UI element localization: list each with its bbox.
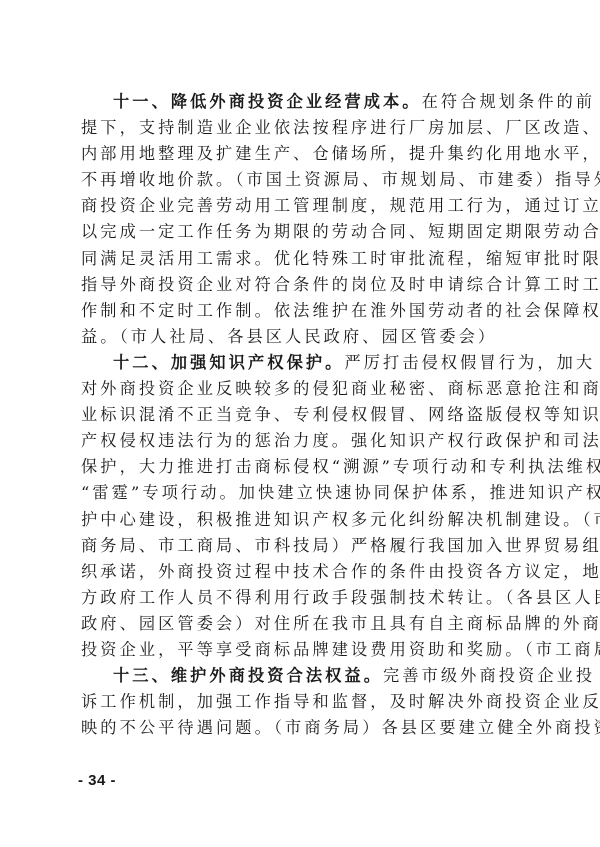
text-line: 作制和不定时工作制。依法维护在淮外国劳动者的社会保障权 — [81, 298, 517, 324]
section-13: 十三、维护外商投资合法权益。完善市级外商投资企业投 诉工作机制，加强工作指导和监… — [81, 663, 517, 741]
text-line: 十二、加强知识产权保护。严厉打击侵权假冒行为，加大 — [81, 350, 517, 376]
text-line: 十一、降低外商投资企业经营成本。在符合规划条件的前 — [81, 89, 517, 115]
text-line: 诉工作机制，加强工作指导和监督，及时解决外商投资企业反 — [81, 689, 517, 715]
text-line: “雷霆”专项行动。加快建立快速协同保护体系，推进知识产权保 — [81, 480, 517, 506]
text-line: 投资企业，平等享受商标品牌建设费用资助和奖励。（市工商局） — [81, 637, 517, 663]
text-line: 产权侵权违法行为的惩治力度。强化知识产权行政保护和司法 — [81, 428, 517, 454]
paragraph-text: 严厉打击侵权假冒行为，加大 — [344, 353, 595, 372]
text-line: 业标识混淆不正当竞争、专利侵权假冒、网络盗版侵权等知识 — [81, 402, 517, 428]
text-line: 内部用地整理及扩建生产、仓储场所，提升集约化用地水平， — [81, 141, 517, 167]
text-line: 不再增收地价款。（市国土资源局、市规划局、市建委）指导外 — [81, 167, 517, 193]
text-line: 同满足灵活用工需求。优化特殊工时审批流程，缩短审批时限， — [81, 246, 517, 272]
text-line: 映的不公平待遇问题。（市商务局）各县区要建立健全外商投资 — [81, 715, 517, 741]
document-page: 十一、降低外商投资企业经营成本。在符合规划条件的前 提下，支持制造业企业依法按程… — [81, 89, 517, 741]
text-line: 益。（市人社局、各县区人民政府、园区管委会） — [81, 324, 517, 350]
text-line: 织承诺，外商投资过程中技术合作的条件由投资各方议定，地 — [81, 559, 517, 585]
text-line: 指导外商投资企业对符合条件的岗位及时申请综合计算工时工 — [81, 272, 517, 298]
section-heading: 十二、加强知识产权保护。 — [113, 353, 344, 372]
section-heading: 十三、维护外商投资合法权益。 — [113, 666, 383, 685]
text-line: 商投资企业完善劳动用工管理制度，规范用工行为，通过订立 — [81, 193, 517, 219]
text-line: 十三、维护外商投资合法权益。完善市级外商投资企业投 — [81, 663, 517, 689]
section-11: 十一、降低外商投资企业经营成本。在符合规划条件的前 提下，支持制造业企业依法按程… — [81, 89, 517, 350]
text-line: 商务局、市工商局、市科技局）严格履行我国加入世界贸易组 — [81, 533, 517, 559]
text-line: 方政府工作人员不得利用行政手段强制技术转让。（各县区人民 — [81, 585, 517, 611]
paragraph-text: 完善市级外商投资企业投 — [383, 666, 595, 685]
section-12: 十二、加强知识产权保护。严厉打击侵权假冒行为，加大 对外商投资企业反映较多的侵犯… — [81, 350, 517, 663]
text-line: 对外商投资企业反映较多的侵犯商业秘密、商标恶意抢注和商 — [81, 376, 517, 402]
text-line: 提下，支持制造业企业依法按程序进行厂房加层、厂区改造、 — [81, 115, 517, 141]
paragraph-text: 在符合规划条件的前 — [422, 92, 596, 111]
text-line: 政府、园区管委会）对住所在我市且具有自主商标品牌的外商 — [81, 611, 517, 637]
text-line: 以完成一定工作任务为期限的劳动合同、短期固定期限劳动合 — [81, 219, 517, 245]
section-heading: 十一、降低外商投资企业经营成本。 — [113, 92, 422, 111]
page-number: - 34 - — [78, 772, 116, 789]
text-line: 保护，大力推进打击商标侵权“溯源”专项行动和专利执法维权 — [81, 454, 517, 480]
text-line: 护中心建设，积极推进知识产权多元化纠纷解决机制建设。（市 — [81, 507, 517, 533]
